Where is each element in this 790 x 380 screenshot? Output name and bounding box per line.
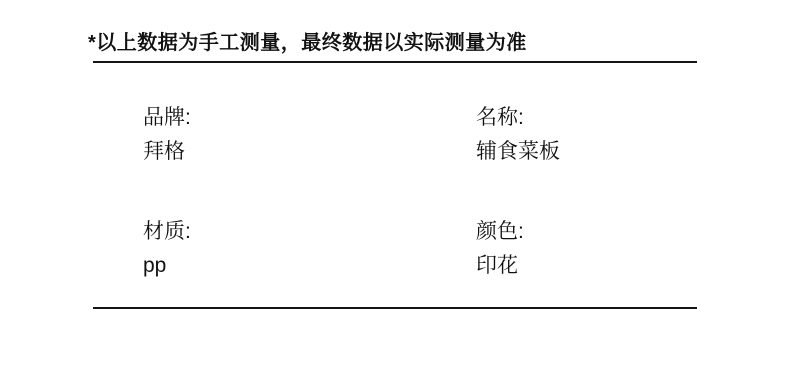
- spec-value: 拜格: [143, 135, 476, 169]
- divider-top: [93, 61, 697, 63]
- spec-item-color: 颜色: 印花: [476, 215, 560, 283]
- divider-bottom: [93, 307, 697, 309]
- spec-label: 颜色:: [476, 215, 560, 249]
- spec-label: 名称:: [476, 101, 560, 135]
- spec-item-name: 名称: 辅食菜板: [476, 101, 560, 169]
- spec-value: 印花: [476, 249, 560, 283]
- spec-value: pp: [143, 249, 476, 283]
- spec-value: 辅食菜板: [476, 135, 560, 169]
- spec-item-brand: 品牌: 拜格: [143, 101, 476, 169]
- spec-grid: 品牌: 拜格 名称: 辅食菜板 材质: pp 颜色: 印花: [143, 101, 560, 283]
- spec-item-material: 材质: pp: [143, 215, 476, 283]
- spec-label: 材质:: [143, 215, 476, 249]
- measurement-disclaimer: *以上数据为手工测量，最终数据以实际测量为准: [88, 26, 527, 55]
- spec-label: 品牌:: [143, 101, 476, 135]
- product-spec-sheet: *以上数据为手工测量，最终数据以实际测量为准 品牌: 拜格 名称: 辅食菜板 材…: [0, 0, 790, 380]
